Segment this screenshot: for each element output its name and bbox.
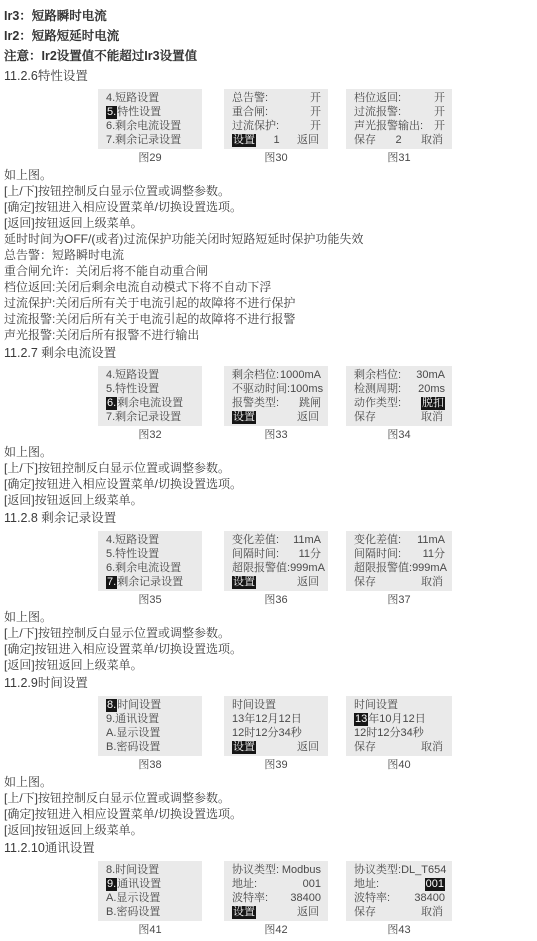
lcd-panel-fig35: 4.短路设置 5.特性设置 6.剩余电流设置 7.剩余记录设置: [98, 531, 202, 591]
panel-row: A.显示设置: [98, 892, 202, 905]
param-value: 开: [310, 92, 321, 105]
param-label: 变化差值:: [354, 534, 401, 547]
menu-item: 通讯设置: [117, 878, 161, 891]
panel-row: 报警类型:跳闸: [224, 397, 328, 410]
param-value-highlighted: 脱扣: [421, 397, 445, 410]
panel-row: 6.剩余电流设置: [98, 120, 202, 133]
cancel-button: 取消: [421, 906, 443, 919]
menu-item: 时间设置: [117, 699, 161, 712]
figure-caption: 图31: [346, 151, 452, 165]
note-line: [确定]按钮进入相应设置菜单/切换设置选项。: [4, 476, 537, 492]
lcd-panel-fig42: 协议类型:Modbus 地址:001 波特率:38400 设置返回: [224, 861, 328, 921]
note-line: [上/下]按钮控制反白显示位置或调整参数。: [4, 790, 537, 806]
menu-item: 剩余电流设置: [117, 397, 183, 410]
save-button: 保存: [354, 576, 376, 589]
note-line: 重合闸允许：关闭后将不能自动重合闸: [4, 263, 537, 279]
param-value: 11mA: [293, 534, 321, 547]
param-label: 变化差值:: [232, 534, 279, 547]
figure-caption: 图41: [98, 923, 202, 937]
menu-item: B.密码设置: [106, 741, 160, 754]
param-value: 100ms: [290, 383, 323, 396]
figure-row-41-43: 8.时间设置 9.通讯设置 A.显示设置 B.密码设置 图41 协议类型:Mod…: [98, 861, 537, 937]
date-value: 年10月12日: [368, 713, 425, 726]
panel-row: 过流报警:开: [346, 106, 452, 119]
param-label: 协议类型:: [354, 864, 401, 877]
note-line: [上/下]按钮控制反白显示位置或调整参数。: [4, 460, 537, 476]
set-button: 设置: [232, 906, 256, 919]
panel-row: 13年10月12日: [346, 713, 452, 726]
param-label: 剩余档位:: [232, 369, 279, 382]
panel-row: 5.特性设置: [98, 106, 202, 119]
panel-row: 时间设置: [224, 699, 328, 712]
param-label: 剩余档位:: [354, 369, 401, 382]
figure-caption: 图30: [224, 151, 328, 165]
panel-row: B.密码设置: [98, 741, 202, 754]
set-button: 设置: [232, 741, 256, 754]
save-button: 保存: [354, 906, 376, 919]
set-button: 设置: [232, 411, 256, 424]
figure-29: 4.短路设置 5.特性设置 6.剩余电流设置 7.剩余记录设置 图29: [98, 89, 202, 165]
panel-row: 7.剩余记录设置: [98, 134, 202, 147]
param-value: DL_T654: [401, 864, 446, 877]
param-value: 999mA: [290, 562, 325, 575]
note-line: 延时时间为OFF/(或者)过流保护功能关闭时短路短延时保护功能失效: [4, 231, 537, 247]
cancel-button: 取消: [421, 134, 443, 147]
figure-caption: 图29: [98, 151, 202, 165]
panel-row: 波特率:38400: [346, 892, 452, 905]
menu-item: 剩余记录设置: [117, 576, 183, 589]
figure-40: 时间设置 13年10月12日 12时12分34秒 保存取消 图40: [346, 696, 452, 772]
param-label: 间隔时间:: [232, 548, 279, 561]
menu-item: 6.剩余电流设置: [106, 120, 181, 133]
menu-item: 8.时间设置: [106, 864, 159, 877]
cancel-button: 取消: [421, 576, 443, 589]
time-value: 12时12分34秒: [354, 727, 424, 740]
panel-row: 7.剩余记录设置: [98, 576, 202, 589]
note-line: [返回]按钮返回上级菜单。: [4, 822, 537, 838]
note-line: [返回]按钮返回上级菜单。: [4, 492, 537, 508]
panel-row: 12时12分34秒: [224, 727, 328, 740]
param-value: 11分: [423, 548, 445, 561]
note-line: 声光报警:关闭后所有报警不进行输出: [4, 327, 537, 343]
intro-line-ir2: Ir2：短路短延时电流: [4, 26, 537, 46]
note-line: 总告警：短路瞬时电流: [4, 247, 537, 263]
figure-33: 剩余档位:1000mA 不驱动时间:100ms 报警类型:跳闸 设置返回 图33: [224, 366, 328, 442]
page-indicator: 1: [273, 134, 279, 147]
panel-row: 超限报警值:999mA: [346, 562, 452, 575]
param-label: 地址:: [232, 878, 257, 891]
set-button: 设置: [232, 134, 256, 147]
time-value: 12时12分34秒: [232, 727, 302, 740]
menu-item: B.密码设置: [106, 906, 160, 919]
figure-row-32-34: 4.短路设置 5.特性设置 6.剩余电流设置 7.剩余记录设置 图32 剩余档位…: [98, 366, 537, 442]
note-line: [确定]按钮进入相应设置菜单/切换设置选项。: [4, 199, 537, 215]
panel-row: 时间设置: [346, 699, 452, 712]
note-line: 如上图。: [4, 444, 537, 460]
panel-button-row: 设置返回: [224, 576, 328, 589]
panel-row: 档位返回:开: [346, 92, 452, 105]
panel-row: 总告警:开: [224, 92, 328, 105]
param-value: 开: [434, 106, 445, 119]
section-heading-11-2-10: 11.2.10通讯设置: [4, 838, 537, 858]
figure-37: 变化差值:11mA 间隔时间:11分 超限报警值:999mA 保存取消 图37: [346, 531, 452, 607]
param-value-highlighted: 001: [425, 878, 445, 891]
figure-caption: 图35: [98, 593, 202, 607]
panel-row: 间隔时间:11分: [224, 548, 328, 561]
menu-item: 5.特性设置: [106, 383, 159, 396]
note-line: 如上图。: [4, 167, 537, 183]
highlight: 9.: [106, 878, 117, 891]
note-line: 过流报警:关闭后所有关于电流引起的故障将不进行报警: [4, 311, 537, 327]
panel-button-row: 保存取消: [346, 411, 452, 424]
figure-30: 总告警:开 重合闸:开 过流保护:开 设置1返回 图30: [224, 89, 328, 165]
panel-row: 13年12月12日: [224, 713, 328, 726]
note-line: [确定]按钮进入相应设置菜单/切换设置选项。: [4, 806, 537, 822]
lcd-panel-fig33: 剩余档位:1000mA 不驱动时间:100ms 报警类型:跳闸 设置返回: [224, 366, 328, 426]
panel-row: 间隔时间:11分: [346, 548, 452, 561]
cancel-button: 取消: [421, 411, 443, 424]
menu-item: 7.剩余记录设置: [106, 411, 181, 424]
figure-34: 剩余档位:30mA 检测周期:20ms 动作类型:脱扣 保存取消 图34: [346, 366, 452, 442]
figure-caption: 图40: [346, 758, 452, 772]
figure-39: 时间设置 13年12月12日 12时12分34秒 设置返回 图39: [224, 696, 328, 772]
param-label: 动作类型:: [354, 397, 401, 410]
param-value: 999mA: [412, 562, 447, 575]
highlight: 7.: [106, 576, 117, 589]
panel-row: 4.短路设置: [98, 92, 202, 105]
menu-item: 9.通讯设置: [106, 713, 159, 726]
param-value: 开: [310, 106, 321, 119]
figure-caption: 图39: [224, 758, 328, 772]
param-label: 地址:: [354, 878, 379, 891]
figure-caption: 图36: [224, 593, 328, 607]
figure-caption: 图42: [224, 923, 328, 937]
lcd-panel-fig37: 变化差值:11mA 间隔时间:11分 超限报警值:999mA 保存取消: [346, 531, 452, 591]
figure-42: 协议类型:Modbus 地址:001 波特率:38400 设置返回 图42: [224, 861, 328, 937]
figure-32: 4.短路设置 5.特性设置 6.剩余电流设置 7.剩余记录设置 图32: [98, 366, 202, 442]
panel-row: 波特率:38400: [224, 892, 328, 905]
param-label: 超限报警值:: [232, 562, 290, 575]
panel-row: 检测周期:20ms: [346, 383, 452, 396]
screen-title: 时间设置: [232, 699, 276, 712]
param-value: 38400: [414, 892, 445, 905]
param-label: 波特率:: [232, 892, 268, 905]
note-line: [上/下]按钮控制反白显示位置或调整参数。: [4, 625, 537, 641]
param-value: Modbus: [282, 864, 321, 877]
panel-row: 协议类型:DL_T654: [346, 864, 452, 877]
lcd-panel-fig32: 4.短路设置 5.特性设置 6.剩余电流设置 7.剩余记录设置: [98, 366, 202, 426]
param-label: 重合闸:: [232, 106, 268, 119]
param-label: 总告警:: [232, 92, 268, 105]
panel-row: 超限报警值:999mA: [224, 562, 328, 575]
panel-row: 变化差值:11mA: [224, 534, 328, 547]
param-label: 过流报警:: [354, 106, 401, 119]
figure-36: 变化差值:11mA 间隔时间:11分 超限报警值:999mA 设置返回 图36: [224, 531, 328, 607]
param-value: 11分: [299, 548, 321, 561]
panel-row: 剩余档位:30mA: [346, 369, 452, 382]
highlight: 6.: [106, 397, 117, 410]
param-value: 开: [434, 92, 445, 105]
menu-item: 特性设置: [117, 106, 161, 119]
param-label: 间隔时间:: [354, 548, 401, 561]
panel-row: 不驱动时间:100ms: [224, 383, 328, 396]
panel-row: 4.短路设置: [98, 369, 202, 382]
panel-button-row: 设置返回: [224, 411, 328, 424]
figure-43: 协议类型:DL_T654 地址:001 波特率:38400 保存取消 图43: [346, 861, 452, 937]
param-label: 超限报警值:: [354, 562, 412, 575]
param-label: 报警类型:: [232, 397, 279, 410]
menu-item: 7.剩余记录设置: [106, 134, 181, 147]
highlight: 5.: [106, 106, 117, 119]
param-value: 20ms: [418, 383, 445, 396]
figure-38: 8.时间设置 9.通讯设置 A.显示设置 B.密码设置 图38: [98, 696, 202, 772]
lcd-panel-fig30: 总告警:开 重合闸:开 过流保护:开 设置1返回: [224, 89, 328, 149]
save-button: 保存: [354, 134, 376, 147]
note-line: 档位返回:关闭后剩余电流自动模式下将不自动下浮: [4, 279, 537, 295]
figure-35: 4.短路设置 5.特性设置 6.剩余电流设置 7.剩余记录设置 图35: [98, 531, 202, 607]
lcd-panel-fig38: 8.时间设置 9.通讯设置 A.显示设置 B.密码设置: [98, 696, 202, 756]
panel-row: 12时12分34秒: [346, 727, 452, 740]
param-value: 跳闸: [299, 397, 321, 410]
set-button: 设置: [232, 576, 256, 589]
panel-button-row: 保存2取消: [346, 134, 452, 147]
year-highlighted: 13: [354, 713, 368, 726]
note-line: [确定]按钮进入相应设置菜单/切换设置选项。: [4, 641, 537, 657]
note-line: [返回]按钮返回上级菜单。: [4, 215, 537, 231]
panel-row: 8.时间设置: [98, 699, 202, 712]
panel-row: 6.剩余电流设置: [98, 562, 202, 575]
back-button: 返回: [297, 741, 319, 754]
param-value: 001: [303, 878, 321, 891]
param-label: 检测周期:: [354, 383, 401, 396]
back-button: 返回: [297, 906, 319, 919]
figure-caption: 图33: [224, 428, 328, 442]
intro-line-notice: 注意：Ir2设置值不能超过Ir3设置值: [4, 46, 537, 66]
figure-row-38-40: 8.时间设置 9.通讯设置 A.显示设置 B.密码设置 图38 时间设置 13年…: [98, 696, 537, 772]
menu-item: A.显示设置: [106, 892, 160, 905]
lcd-panel-fig43: 协议类型:DL_T654 地址:001 波特率:38400 保存取消: [346, 861, 452, 921]
panel-row: B.密码设置: [98, 906, 202, 919]
menu-item: 4.短路设置: [106, 92, 159, 105]
panel-button-row: 保存取消: [346, 906, 452, 919]
menu-item: 4.短路设置: [106, 369, 159, 382]
figure-row-29-31: 4.短路设置 5.特性设置 6.剩余电流设置 7.剩余记录设置 图29 总告警:…: [98, 89, 537, 165]
back-button: 返回: [297, 411, 319, 424]
param-value: 1000mA: [280, 369, 321, 382]
param-label: 声光报警输出:: [354, 120, 423, 133]
panel-row: 动作类型:脱扣: [346, 397, 452, 410]
lcd-panel-fig36: 变化差值:11mA 间隔时间:11分 超限报警值:999mA 设置返回: [224, 531, 328, 591]
panel-row: 地址:001: [346, 878, 452, 891]
figure-caption: 图38: [98, 758, 202, 772]
section-heading-11-2-6: 11.2.6特性设置: [4, 66, 537, 86]
figure-caption: 图37: [346, 593, 452, 607]
screen-title: 时间设置: [354, 699, 398, 712]
param-label: 档位返回:: [354, 92, 401, 105]
lcd-panel-fig39: 时间设置 13年12月12日 12时12分34秒 设置返回: [224, 696, 328, 756]
back-button: 返回: [297, 576, 319, 589]
param-label: 波特率:: [354, 892, 390, 905]
section-heading-11-2-7: 11.2.7 剩余电流设置: [4, 343, 537, 363]
panel-row: 8.时间设置: [98, 864, 202, 877]
panel-button-row: 保存取消: [346, 576, 452, 589]
lcd-panel-fig29: 4.短路设置 5.特性设置 6.剩余电流设置 7.剩余记录设置: [98, 89, 202, 149]
param-label: 协议类型:: [232, 864, 279, 877]
panel-row: 声光报警输出:开: [346, 120, 452, 133]
note-line: 如上图。: [4, 609, 537, 625]
param-value: 11mA: [417, 534, 445, 547]
panel-row: 4.短路设置: [98, 534, 202, 547]
section-heading-11-2-9: 11.2.9时间设置: [4, 673, 537, 693]
panel-row: 9.通讯设置: [98, 878, 202, 891]
panel-row: 变化差值:11mA: [346, 534, 452, 547]
param-value: 38400: [290, 892, 321, 905]
back-button: 返回: [297, 134, 319, 147]
menu-item: 6.剩余电流设置: [106, 562, 181, 575]
date-value: 13年12月12日: [232, 713, 302, 726]
lcd-panel-fig40: 时间设置 13年10月12日 12时12分34秒 保存取消: [346, 696, 452, 756]
panel-row: 7.剩余记录设置: [98, 411, 202, 424]
figure-caption: 图43: [346, 923, 452, 937]
note-line: 过流保护:关闭后所有关于电流引起的故障将不进行保护: [4, 295, 537, 311]
note-line: [返回]按钮返回上级菜单。: [4, 657, 537, 673]
param-value: 开: [434, 120, 445, 133]
lcd-panel-fig34: 剩余档位:30mA 检测周期:20ms 动作类型:脱扣 保存取消: [346, 366, 452, 426]
panel-row: 重合闸:开: [224, 106, 328, 119]
panel-button-row: 保存取消: [346, 741, 452, 754]
param-label: 不驱动时间:: [232, 383, 290, 396]
note-line: 如上图。: [4, 774, 537, 790]
figure-caption: 图32: [98, 428, 202, 442]
panel-row: 过流保护:开: [224, 120, 328, 133]
manual-page: Ir3：短路瞬时电流 Ir2：短路短延时电流 注意：Ir2设置值不能超过Ir3设…: [4, 6, 537, 937]
menu-item: 5.特性设置: [106, 548, 159, 561]
cancel-button: 取消: [421, 741, 443, 754]
panel-row: 5.特性设置: [98, 383, 202, 396]
panel-row: 6.剩余电流设置: [98, 397, 202, 410]
param-value: 30mA: [416, 369, 445, 382]
panel-row: A.显示设置: [98, 727, 202, 740]
panel-row: 9.通讯设置: [98, 713, 202, 726]
panel-row: 地址:001: [224, 878, 328, 891]
panel-button-row: 设置返回: [224, 906, 328, 919]
panel-button-row: 设置返回: [224, 741, 328, 754]
note-line: [上/下]按钮控制反白显示位置或调整参数。: [4, 183, 537, 199]
panel-row: 剩余档位:1000mA: [224, 369, 328, 382]
save-button: 保存: [354, 411, 376, 424]
section-heading-11-2-8: 11.2.8 剩余记录设置: [4, 508, 537, 528]
figure-31: 档位返回:开 过流报警:开 声光报警输出:开 保存2取消 图31: [346, 89, 452, 165]
lcd-panel-fig31: 档位返回:开 过流报警:开 声光报警输出:开 保存2取消: [346, 89, 452, 149]
figure-row-35-37: 4.短路设置 5.特性设置 6.剩余电流设置 7.剩余记录设置 图35 变化差值…: [98, 531, 537, 607]
save-button: 保存: [354, 741, 376, 754]
panel-row: 协议类型:Modbus: [224, 864, 328, 877]
menu-item: 4.短路设置: [106, 534, 159, 547]
intro-line-ir3: Ir3：短路瞬时电流: [4, 6, 537, 26]
figure-caption: 图34: [346, 428, 452, 442]
highlight: 8.: [106, 699, 117, 712]
panel-button-row: 设置1返回: [224, 134, 328, 147]
param-value: 开: [310, 120, 321, 133]
page-indicator: 2: [395, 134, 401, 147]
menu-item: A.显示设置: [106, 727, 160, 740]
param-label: 过流保护:: [232, 120, 279, 133]
figure-41: 8.时间设置 9.通讯设置 A.显示设置 B.密码设置 图41: [98, 861, 202, 937]
lcd-panel-fig41: 8.时间设置 9.通讯设置 A.显示设置 B.密码设置: [98, 861, 202, 921]
panel-row: 5.特性设置: [98, 548, 202, 561]
